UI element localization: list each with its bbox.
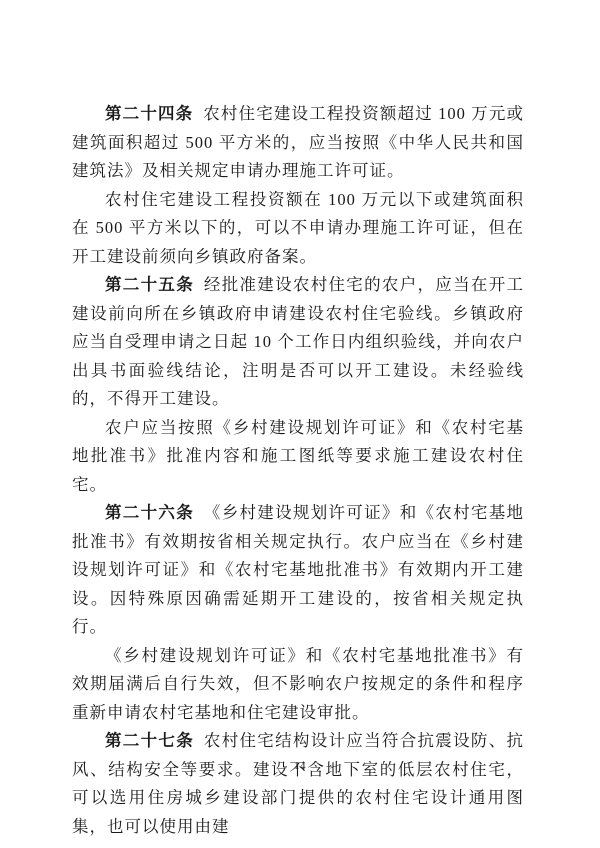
paragraph-article-27: 第二十七条农村住宅结构设计应当符合抗震设防、抗风、结构安全等要求。建设不含地下室… <box>72 727 524 841</box>
paragraph: 《乡村建设规划许可证》和《农村宅基地批准书》有效期届满后自行失效，但不影响农户按… <box>72 642 524 728</box>
paragraph-text: 《乡村建设规划许可证》和《农村宅基地批准书》有效期按省相关规定执行。农户应当在《… <box>72 503 524 636</box>
paragraph-text: 农户应当按照《乡村建设规划许可证》和《农村宅基地批准书》批准内容和施工图纸等要求… <box>72 418 524 494</box>
paragraph-article-25: 第二十五条经批准建设农村住宅的农户，应当在开工建设前向所在乡镇政府申请建设农村住… <box>72 271 524 414</box>
paragraph-text: 《乡村建设规划许可证》和《农村宅基地批准书》有效期届满后自行失效，但不影响农户按… <box>72 646 524 722</box>
paragraph: 农户应当按照《乡村建设规划许可证》和《农村宅基地批准书》批准内容和施工图纸等要求… <box>72 414 524 500</box>
paragraph: 农村住宅建设工程投资额在 100 万元以下或建筑面积在 500 平方米以下的，可… <box>72 186 524 272</box>
paragraph-article-26: 第二十六条《乡村建设规划许可证》和《农村宅基地批准书》有效期按省相关规定执行。农… <box>72 499 524 642</box>
paragraph-article-24: 第二十四条农村住宅建设工程投资额超过 100 万元或建筑面积超过 500 平方米… <box>72 100 524 186</box>
article-27-heading: 第二十七条 <box>105 731 194 750</box>
article-24-heading: 第二十四条 <box>105 104 193 123</box>
article-26-heading: 第二十六条 <box>105 503 194 522</box>
article-25-heading: 第二十五条 <box>105 275 194 294</box>
document-body: 第二十四条农村住宅建设工程投资额超过 100 万元或建筑面积超过 500 平方米… <box>72 100 524 841</box>
paragraph-text: 经批准建设农村住宅的农户，应当在开工建设前向所在乡镇政府申请建设农村住宅验线。乡… <box>72 275 524 408</box>
paragraph-text: 农村住宅建设工程投资额在 100 万元以下或建筑面积在 500 平方米以下的，可… <box>72 190 524 266</box>
page-number: 14 <box>0 760 600 772</box>
document-page: 第二十四条农村住宅建设工程投资额超过 100 万元或建筑面积超过 500 平方米… <box>0 0 600 848</box>
